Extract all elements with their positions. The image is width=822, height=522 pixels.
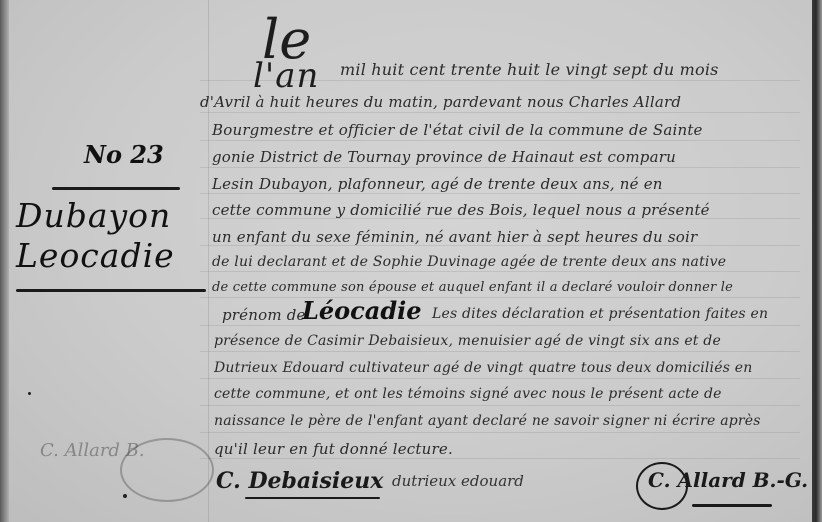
ruled-line: [200, 140, 800, 141]
ink-spot: [28, 392, 31, 395]
body-line: Dutrieux Edouard cultivateur agé de ving…: [214, 360, 752, 376]
margin-divider: [16, 289, 206, 292]
ruled-line: [200, 112, 800, 113]
opening-word: l'an: [253, 56, 319, 96]
body-line: d'Avril à huit heures du matin, pardevan…: [200, 93, 681, 111]
body-line: de lui declarant et de Sophie Duvinage a…: [212, 254, 726, 270]
register-page: le l'an No 23 Dubayon Leocadie mil huit …: [0, 0, 822, 522]
ruled-line: [200, 432, 800, 433]
witness-signature-debaisieux: C. Debaisieux: [216, 468, 383, 494]
body-line: de cette commune son épouse et auquel en…: [212, 280, 733, 295]
witness-signature-dutrieux: dutrieux edouard: [392, 472, 524, 490]
officer-signature: C. Allard B.-G.: [648, 468, 808, 492]
body-line: gonie District de Tournay province de Ha…: [212, 148, 676, 166]
body-line: qu'il leur en fut donné lecture.: [214, 440, 453, 458]
body-line: cette commune y domicilié rue des Bois, …: [212, 201, 710, 219]
ruled-line: [200, 167, 800, 168]
ruled-line: [200, 378, 800, 379]
body-line: cette commune, et ont les témoins signé …: [214, 386, 722, 402]
margin-surname: Dubayon: [16, 196, 171, 235]
body-line: un enfant du sexe féminin, né avant hier…: [212, 228, 697, 246]
ruled-line: [200, 458, 800, 459]
ruled-line: [200, 271, 800, 272]
body-line: naissance le père de l'enfant ayant decl…: [214, 413, 761, 429]
body-line: présence de Casimir Debaisieux, menuisie…: [214, 333, 721, 349]
body-line: mil huit cent trente huit le vingt sept …: [340, 60, 719, 79]
body-line: Bourgmestre et officier de l'état civil …: [212, 121, 703, 139]
page-right-edge: [812, 0, 822, 522]
body-line: Les dites déclaration et présentation fa…: [432, 306, 768, 322]
entry-number: No 23: [84, 140, 164, 169]
margin-given-name: Leocadie: [16, 236, 175, 275]
body-line: prénom de: [222, 306, 306, 324]
child-given-name: Léocadie: [302, 296, 421, 325]
margin-divider: [52, 187, 180, 190]
page-binding-edge: [0, 0, 9, 522]
signature-underline: [245, 497, 380, 499]
faded-marginal-signature: C. Allard B.: [40, 440, 210, 490]
ruled-line: [200, 405, 800, 406]
ruled-line: [200, 325, 800, 326]
ruled-line: [200, 297, 800, 298]
ruled-line: [200, 351, 800, 352]
ink-spot: [123, 494, 127, 498]
body-line: Lesin Dubayon, plafonneur, agé de trente…: [212, 175, 663, 193]
ruled-line: [200, 193, 800, 194]
signature-underline: [692, 504, 772, 507]
